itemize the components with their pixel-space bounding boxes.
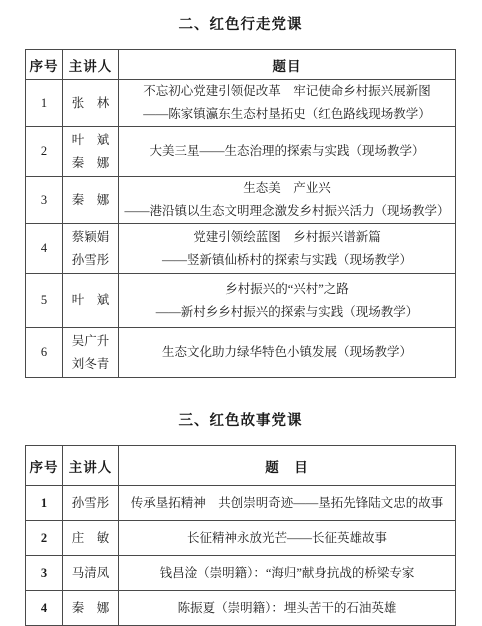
table-header-row: 序号 主讲人 题目: [26, 50, 456, 80]
row-topic: 党建引领绘蓝图 乡村振兴谱新篇 ——竖新镇仙桥村的探索与实践（现场教学）: [119, 224, 456, 274]
topic-line: 生态文化助力绿华特色小镇发展（现场教学）: [119, 341, 455, 364]
row-speaker: 马清凤: [63, 556, 119, 591]
row-no: 1: [26, 486, 63, 521]
row-speaker: 蔡颖娟 孙雪彤: [63, 224, 119, 274]
col-header-speaker: 主讲人: [63, 50, 119, 80]
row-no: 2: [26, 521, 63, 556]
row-no: 3: [26, 177, 63, 224]
table-row: 2 庄 敏 长征精神永放光芒——长征英雄故事: [26, 521, 456, 556]
row-topic: 乡村振兴的“兴村”之路 ——新村乡乡村振兴的探索与实践（现场教学）: [119, 274, 456, 328]
speaker-name: 张 林: [63, 92, 118, 115]
table-row: 2 叶 斌 秦 娜 大美三星——生态治理的探索与实践（现场教学）: [26, 127, 456, 177]
row-topic: 生态美 产业兴 ——港沿镇以生态文明理念激发乡村振兴活力（现场教学）: [119, 177, 456, 224]
speaker-name: 蔡颖娟: [63, 226, 118, 249]
table-row: 1 张 林 不忘初心党建引领促改革 牢记使命乡村振兴展新图 ——陈家镇瀛东生态村…: [26, 80, 456, 127]
row-no: 4: [26, 591, 63, 626]
speaker-name: 马清凤: [63, 562, 118, 585]
row-no: 2: [26, 127, 63, 177]
row-topic: 长征精神永放光芒——长征英雄故事: [119, 521, 456, 556]
row-speaker: 庄 敏: [63, 521, 119, 556]
row-no: 1: [26, 80, 63, 127]
speaker-name: 叶 斌: [63, 289, 118, 312]
row-speaker: 孙雪彤: [63, 486, 119, 521]
speaker-name: 秦 娜: [63, 597, 118, 620]
row-no: 4: [26, 224, 63, 274]
topic-line: 钱昌淦（崇明籍）：“海归”献身抗战的桥梁专家: [119, 562, 455, 585]
table-row: 1 孙雪彤 传承垦拓精神 共创崇明奇迹——垦拓先锋陆文忠的故事: [26, 486, 456, 521]
topic-line: 生态美 产业兴: [119, 177, 455, 200]
row-speaker: 叶 斌: [63, 274, 119, 328]
speaker-name: 庄 敏: [63, 527, 118, 550]
topic-line: 大美三星——生态治理的探索与实践（现场教学）: [119, 140, 455, 163]
table-row: 3 马清凤 钱昌淦（崇明籍）：“海归”献身抗战的桥梁专家: [26, 556, 456, 591]
row-no: 6: [26, 328, 63, 378]
speaker-name: 孙雪彤: [63, 492, 118, 515]
table-row: 5 叶 斌 乡村振兴的“兴村”之路 ——新村乡乡村振兴的探索与实践（现场教学）: [26, 274, 456, 328]
row-speaker: 秦 娜: [63, 177, 119, 224]
document-page: 二、红色行走党课 序号 主讲人 题目 1 张 林 不忘初心党建引领促改革 牢记使…: [0, 0, 482, 626]
table-row: 4 蔡颖娟 孙雪彤 党建引领绘蓝图 乡村振兴谱新篇 ——竖新镇仙桥村的探索与实践…: [26, 224, 456, 274]
row-speaker: 秦 娜: [63, 591, 119, 626]
speaker-name: 秦 娜: [63, 152, 118, 175]
row-topic: 不忘初心党建引领促改革 牢记使命乡村振兴展新图 ——陈家镇瀛东生态村垦拓史（红色…: [119, 80, 456, 127]
topic-line: ——竖新镇仙桥村的探索与实践（现场教学）: [119, 249, 455, 272]
speaker-name: 刘冬青: [63, 353, 118, 376]
col-header-no: 序号: [26, 50, 63, 80]
topic-line: 乡村振兴的“兴村”之路: [119, 278, 455, 301]
col-header-speaker: 主讲人: [63, 446, 119, 486]
col-header-no: 序号: [26, 446, 63, 486]
row-no: 3: [26, 556, 63, 591]
section-2-title: 三、红色故事党课: [25, 378, 456, 430]
speaker-name: 孙雪彤: [63, 249, 118, 272]
table-header-row: 序号 主讲人 题 目: [26, 446, 456, 486]
row-speaker: 吴广升 刘冬青: [63, 328, 119, 378]
topic-line: ——新村乡乡村振兴的探索与实践（现场教学）: [119, 301, 455, 324]
row-speaker: 叶 斌 秦 娜: [63, 127, 119, 177]
topic-line: 陈振夏（崇明籍）：埋头苦干的石油英雄: [119, 597, 455, 620]
table-row: 6 吴广升 刘冬青 生态文化助力绿华特色小镇发展（现场教学）: [26, 328, 456, 378]
topic-line: 不忘初心党建引领促改革 牢记使命乡村振兴展新图: [119, 80, 455, 103]
speaker-name: 叶 斌: [63, 129, 118, 152]
topic-line: ——港沿镇以生态文明理念激发乡村振兴活力（现场教学）: [119, 200, 455, 223]
speaker-name: 吴广升: [63, 330, 118, 353]
topic-line: 党建引领绘蓝图 乡村振兴谱新篇: [119, 226, 455, 249]
table-row: 3 秦 娜 生态美 产业兴 ——港沿镇以生态文明理念激发乡村振兴活力（现场教学）: [26, 177, 456, 224]
row-topic: 生态文化助力绿华特色小镇发展（现场教学）: [119, 328, 456, 378]
table-row: 4 秦 娜 陈振夏（崇明籍）：埋头苦干的石油英雄: [26, 591, 456, 626]
col-header-topic: 题目: [119, 50, 456, 80]
section-1-table: 序号 主讲人 题目 1 张 林 不忘初心党建引领促改革 牢记使命乡村振兴展新图 …: [25, 49, 456, 378]
row-no: 5: [26, 274, 63, 328]
row-speaker: 张 林: [63, 80, 119, 127]
section-1-title: 二、红色行走党课: [25, 0, 456, 34]
topic-line: 传承垦拓精神 共创崇明奇迹——垦拓先锋陆文忠的故事: [119, 492, 455, 515]
topic-line: ——陈家镇瀛东生态村垦拓史（红色路线现场教学）: [119, 103, 455, 126]
speaker-name: 秦 娜: [63, 189, 118, 212]
col-header-topic: 题 目: [119, 446, 456, 486]
row-topic: 大美三星——生态治理的探索与实践（现场教学）: [119, 127, 456, 177]
section-2-table: 序号 主讲人 题 目 1 孙雪彤 传承垦拓精神 共创崇明奇迹——垦拓先锋陆文忠的…: [25, 445, 456, 626]
topic-line: 长征精神永放光芒——长征英雄故事: [119, 527, 455, 550]
row-topic: 传承垦拓精神 共创崇明奇迹——垦拓先锋陆文忠的故事: [119, 486, 456, 521]
row-topic: 钱昌淦（崇明籍）：“海归”献身抗战的桥梁专家: [119, 556, 456, 591]
row-topic: 陈振夏（崇明籍）：埋头苦干的石油英雄: [119, 591, 456, 626]
